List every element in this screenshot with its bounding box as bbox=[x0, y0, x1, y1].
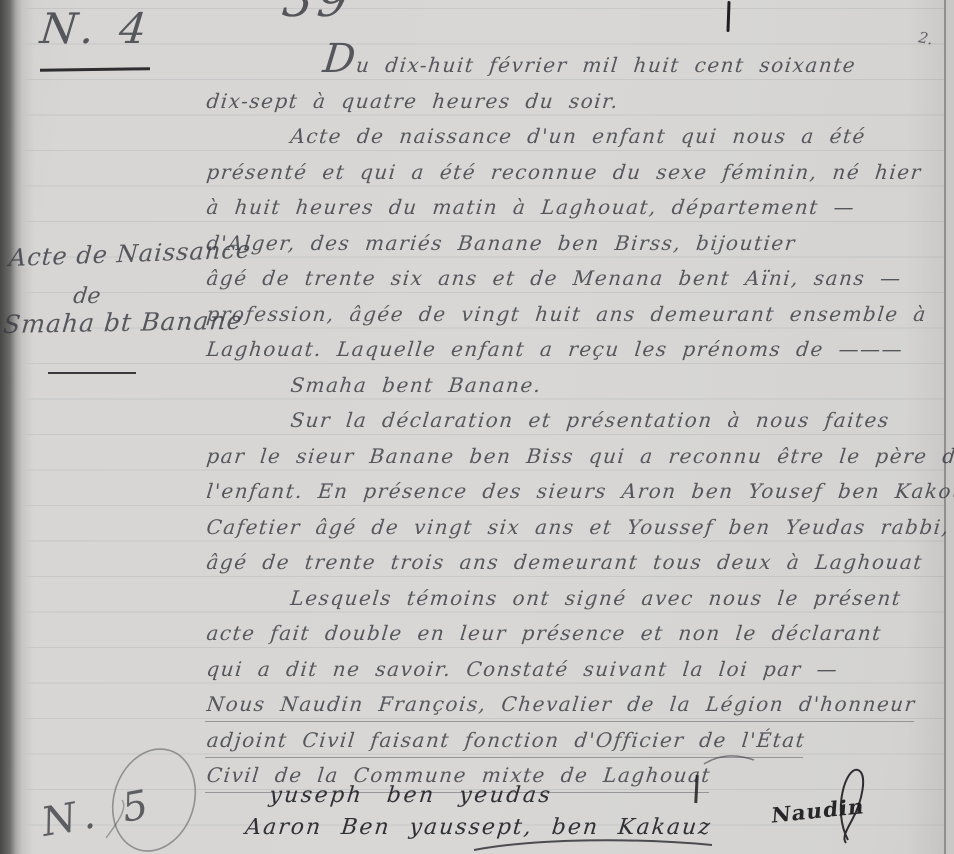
manuscript-line: l'enfant. En présence des sieurs Aron be… bbox=[205, 476, 954, 506]
act-number: N. 4 bbox=[38, 4, 155, 53]
scanned-register-page: 39 2. N. 4 Acte de Naissance de Smaha bt… bbox=[0, 0, 954, 854]
manuscript-line: Lesquels témoins ont signé avec nous le … bbox=[289, 583, 903, 613]
witness-signature-flourish-icon bbox=[468, 836, 718, 854]
manuscript-line: à huit heures du matin à Laghouat, dépar… bbox=[205, 192, 857, 222]
next-page-sliver bbox=[946, 0, 954, 854]
line-end-flourish-icon bbox=[700, 748, 760, 772]
manuscript-line: Cafetier âgé de vingt six ans et Youssef… bbox=[205, 512, 951, 542]
manuscript-line: qui a dit ne savoir. Constaté suivant la… bbox=[205, 654, 840, 684]
manuscript-line: Smaha bent Banane. bbox=[289, 370, 543, 400]
corner-ink-mark: 2. bbox=[917, 28, 934, 48]
manuscript-line: Sur la déclaration et présentation à nou… bbox=[289, 405, 891, 435]
binding-shadow bbox=[0, 0, 34, 854]
manuscript-line: présenté et qui a été reconnue du sexe f… bbox=[205, 157, 923, 187]
page-number-partial: 39 bbox=[280, 0, 355, 28]
page-edge-shadow bbox=[906, 0, 946, 854]
margin-note-de: de bbox=[72, 284, 102, 309]
manuscript-line: par le sieur Banane ben Biss qui a recon… bbox=[205, 441, 954, 471]
margin-note-underline bbox=[48, 372, 136, 374]
manuscript-line: d'Alger, des mariés Banane ben Birss, bi… bbox=[205, 228, 798, 258]
manuscript-line: Nous Naudin François, Chevalier de la Lé… bbox=[205, 689, 917, 722]
manuscript-line: acte fait double en leur présence et non… bbox=[205, 618, 883, 648]
manuscript-line: Du dix-huit février mil huit cent soixan… bbox=[321, 50, 858, 80]
manuscript-line: Laghouat. Laquelle enfant a reçu les pré… bbox=[205, 334, 905, 364]
manuscript-line: dix-sept à quatre heures du soir. bbox=[205, 86, 621, 116]
manuscript-line: âgé de trente trois ans demeurant tous d… bbox=[205, 547, 925, 577]
officer-signature-flourish-icon bbox=[828, 758, 874, 844]
manuscript-line: âgé de trente six ans et de Menana bent … bbox=[205, 263, 903, 293]
witness-signature-1: yuseph ben yeudas bbox=[268, 783, 554, 808]
manuscript-line: Acte de naissance d'un enfant qui nous a… bbox=[289, 121, 868, 151]
manuscript-line: profession, âgée de vingt huit ans demeu… bbox=[205, 299, 929, 329]
